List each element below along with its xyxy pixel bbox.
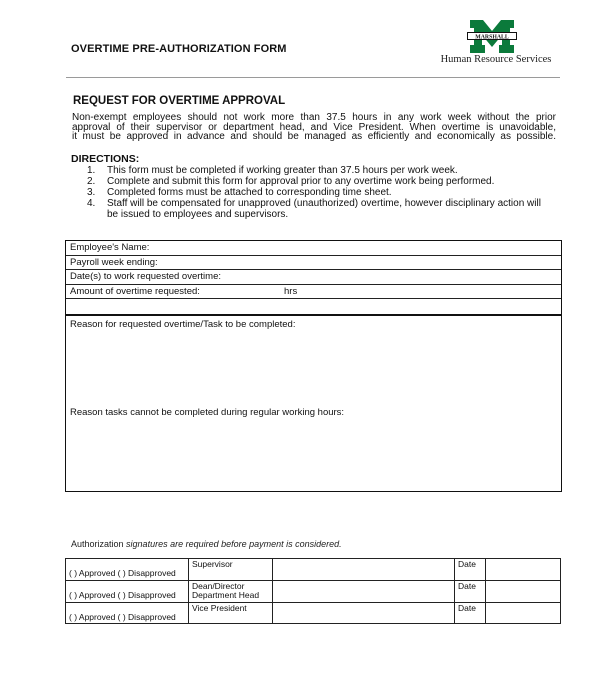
svg-text:MARSHALL: MARSHALL bbox=[475, 34, 509, 40]
date-field[interactable] bbox=[486, 559, 561, 581]
direction-item: 3.Completed forms must be attached to co… bbox=[87, 187, 547, 198]
section-title: REQUEST FOR OVERTIME APPROVAL bbox=[73, 95, 285, 107]
payroll-week-field[interactable]: Payroll week ending: bbox=[66, 256, 561, 271]
approval-choice[interactable]: ( ) Approved ( ) Disapproved bbox=[66, 580, 189, 602]
intro-paragraph: Non-exempt employees should not work mor… bbox=[72, 113, 556, 142]
marshall-logo: MARSHALL Human Resource Services bbox=[436, 20, 556, 65]
direction-item: 2.Complete and submit this form for appr… bbox=[87, 176, 547, 187]
intro-line: it must be approved in advance and shoul… bbox=[72, 132, 556, 142]
overtime-dates-label: Date(s) to work requested overtime: bbox=[70, 271, 221, 282]
direction-item: 4.Staff will be compensated for unapprov… bbox=[87, 198, 547, 220]
authorization-note: Authorization signatures are required be… bbox=[71, 539, 342, 549]
date-label: Date bbox=[455, 602, 486, 624]
employee-info-form: Employee's Name: Payroll week ending: Da… bbox=[65, 240, 562, 492]
directions-list: 1.This form must be completed if working… bbox=[87, 165, 547, 220]
approval-choice[interactable]: ( ) Approved ( ) Disapproved bbox=[66, 602, 189, 624]
signature-field[interactable] bbox=[273, 602, 455, 624]
direction-item: 1.This form must be completed if working… bbox=[87, 165, 547, 176]
employee-name-label: Employee's Name: bbox=[70, 242, 149, 253]
signature-row-vp: ( ) Approved ( ) Disapproved Vice Presid… bbox=[66, 602, 561, 624]
date-label: Date bbox=[455, 580, 486, 602]
signature-table: ( ) Approved ( ) Disapproved Supervisor … bbox=[65, 558, 561, 624]
department-name: Human Resource Services bbox=[436, 54, 556, 65]
signature-field[interactable] bbox=[273, 580, 455, 602]
marshall-m-icon: MARSHALL bbox=[467, 20, 517, 53]
signature-row-dean: ( ) Approved ( ) Disapproved Dean/Direct… bbox=[66, 580, 561, 602]
role-label: Dean/Director Department Head bbox=[189, 580, 273, 602]
payroll-week-label: Payroll week ending: bbox=[70, 257, 158, 268]
overtime-amount-label: Amount of overtime requested: bbox=[70, 286, 200, 297]
signature-row-supervisor: ( ) Approved ( ) Disapproved Supervisor … bbox=[66, 559, 561, 581]
date-field[interactable] bbox=[486, 602, 561, 624]
date-field[interactable] bbox=[486, 580, 561, 602]
reason-task-label: Reason for requested overtime/Task to be… bbox=[70, 319, 295, 330]
date-label: Date bbox=[455, 559, 486, 581]
signature-field[interactable] bbox=[273, 559, 455, 581]
hours-unit: hrs bbox=[284, 285, 297, 298]
blank-field[interactable] bbox=[66, 299, 561, 316]
reason-regular-hours-label: Reason tasks cannot be completed during … bbox=[70, 407, 344, 418]
reason-area[interactable]: Reason for requested overtime/Task to be… bbox=[66, 316, 561, 500]
approval-choice[interactable]: ( ) Approved ( ) Disapproved bbox=[66, 559, 189, 581]
overtime-amount-field[interactable]: Amount of overtime requested:hrs bbox=[66, 285, 561, 300]
role-label: Supervisor bbox=[189, 559, 273, 581]
form-title: OVERTIME PRE-AUTHORIZATION FORM bbox=[71, 43, 287, 55]
employee-name-field[interactable]: Employee's Name: bbox=[66, 241, 561, 256]
overtime-dates-field[interactable]: Date(s) to work requested overtime: bbox=[66, 270, 561, 285]
directions-title: DIRECTIONS: bbox=[71, 153, 139, 165]
header-divider bbox=[66, 77, 560, 78]
role-label: Vice President bbox=[189, 602, 273, 624]
